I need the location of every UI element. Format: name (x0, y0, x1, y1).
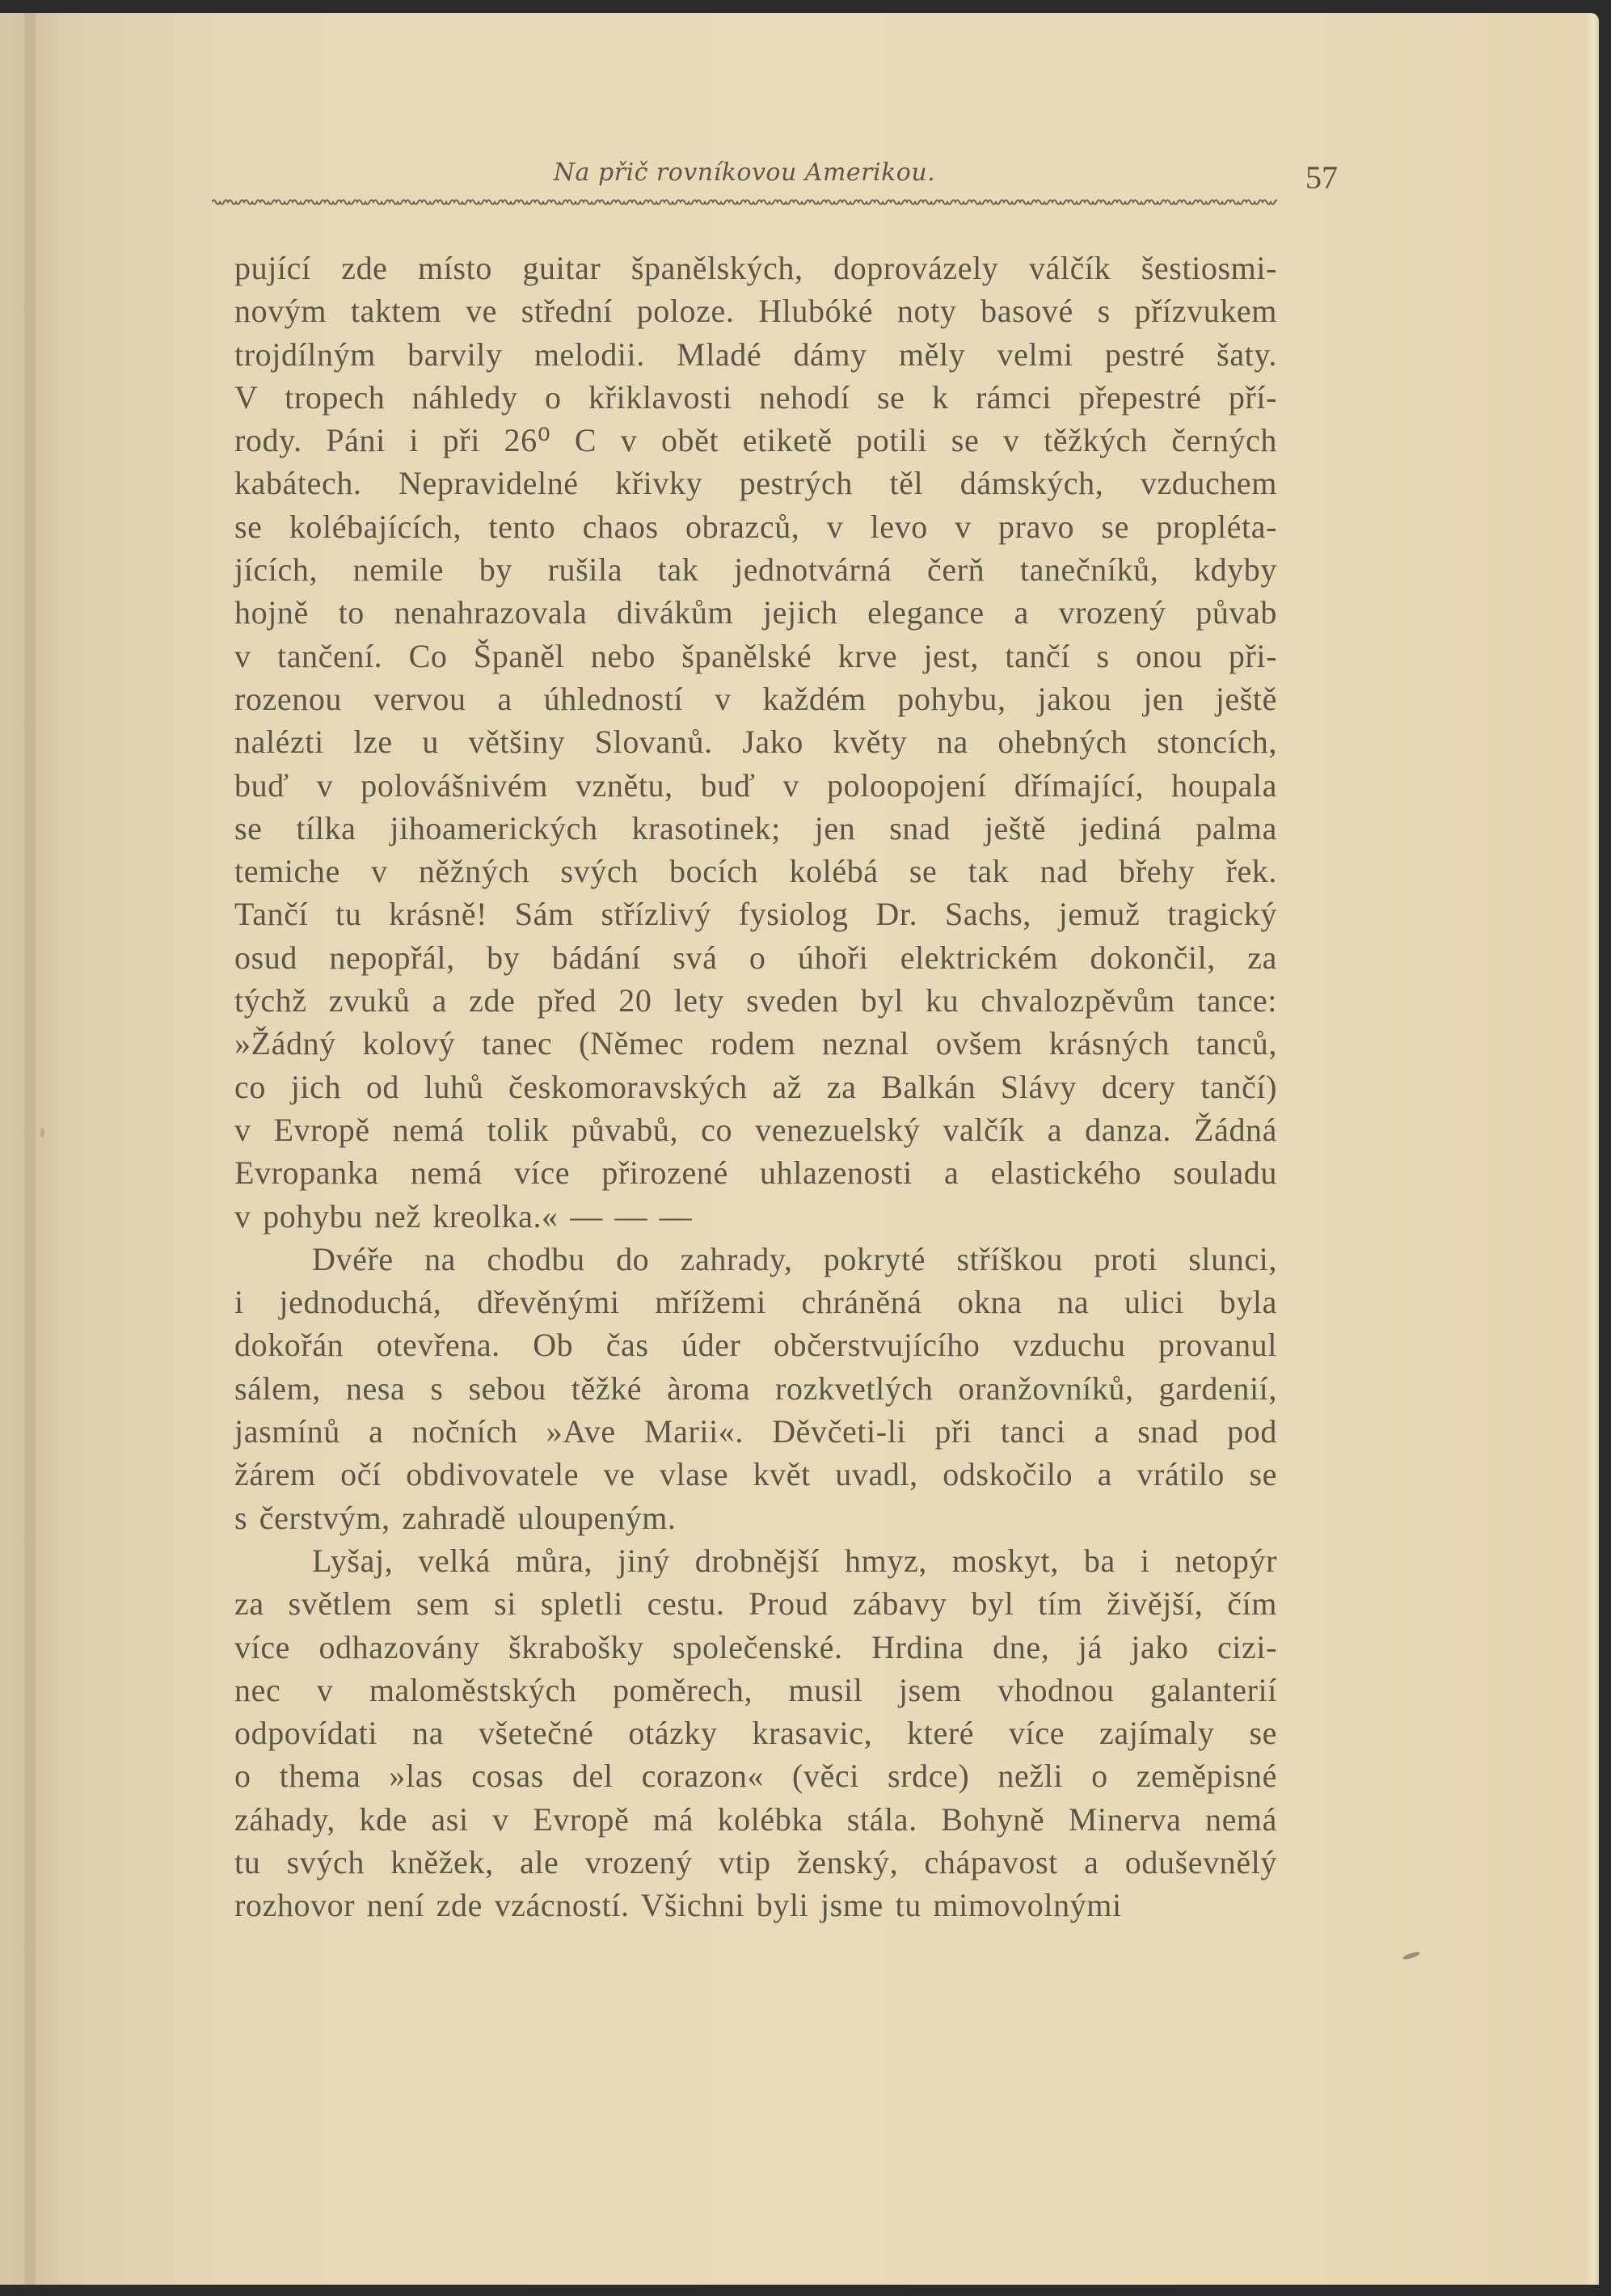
text-line: odpovídati na všetečné otázky krasavic, … (234, 1711, 1277, 1754)
text-line: co jich od luhů českomoravských až za Ba… (234, 1066, 1277, 1108)
text-line: rozenou vervou a úhledností v každém poh… (234, 677, 1277, 720)
text-line: tu svých kněžek, ale vrozený vtip ženský… (234, 1841, 1277, 1884)
text-line: jících, nemile by rušila tak jednotvárná… (234, 548, 1277, 591)
text-line: rody. Páni i při 26⁰ C v obět etiketě po… (234, 419, 1277, 462)
text-line: záhady, kde asi v Evropě má kolébka stál… (234, 1798, 1277, 1841)
text-line: i jednoduchá, dřevěnými mřížemi chráněná… (234, 1281, 1277, 1323)
text-line: nalézti lze u většiny Slovanů. Jako květ… (234, 720, 1277, 763)
text-line: V tropech náhledy o křiklavosti nehodí s… (234, 376, 1277, 419)
text-line: v pohybu než kreolka.« — — — (234, 1195, 1277, 1238)
text-line: Evropanka nemá více přirozené uhlazenost… (234, 1151, 1277, 1194)
text-line: Lyšaj, velká můra, jiný drobnější hmyz, … (234, 1539, 1277, 1582)
text-line: v Evropě nemá tolik půvabů, co venezuels… (234, 1108, 1277, 1151)
scan-speck (40, 1128, 44, 1137)
wavy-rule-divider (212, 196, 1277, 208)
text-line: buď v polovášnivém vznětu, buď v poloopo… (234, 764, 1277, 807)
scan-bottom-border (0, 2285, 1611, 2296)
text-line: sálem, nesa s sebou těžké àroma rozkvetl… (234, 1367, 1277, 1410)
text-line: novým taktem ve střední poloze. Hlubóké … (234, 289, 1277, 332)
text-line: hojně to nenahrazovala divákům jejich el… (234, 591, 1277, 634)
text-line: dokořán otevřena. Ob čas úder občerstvuj… (234, 1323, 1277, 1366)
text-line: žárem očí obdivovatele ve vlase květ uva… (234, 1453, 1277, 1496)
text-line: osud nepopřál, by bádání svá o úhoři ele… (234, 936, 1277, 979)
text-line: Tančí tu krásně! Sám střízlivý fysiolog … (234, 893, 1277, 935)
text-line: o thema »las cosas del corazon« (věci sr… (234, 1754, 1277, 1797)
text-line: se tílka jihoamerických krasotinek; jen … (234, 807, 1277, 850)
running-head: Na přič rovníkovou Amerikou. (212, 158, 1277, 199)
text-line: s čerstvým, zahradě uloupeným. (234, 1496, 1277, 1539)
text-line: trojdílným barvily melodii. Mladé dámy m… (234, 333, 1277, 376)
text-line: temiche v něžných svých bocích kolébá se… (234, 850, 1277, 893)
text-line: nec v maloměstských poměrech, musil jsem… (234, 1669, 1277, 1711)
paragraph: Dvéře na chodbu do zahrady, pokryté stří… (234, 1238, 1277, 1539)
text-line: týchž zvuků a zde před 20 lety sveden by… (234, 979, 1277, 1022)
text-line: v tančení. Co Španěl nebo španělské krve… (234, 635, 1277, 677)
paragraph: pující zde místo guitar španělských, dop… (234, 247, 1277, 1238)
text-line: jasmínů a nočních »Ave Marii«. Děvčeti-l… (234, 1410, 1277, 1453)
text-line: více odhazovány škrabošky společenské. H… (234, 1626, 1277, 1669)
body-text: pující zde místo guitar španělských, dop… (234, 247, 1277, 1927)
text-line: za světlem sem si spletli cestu. Proud z… (234, 1582, 1277, 1625)
text-line: se kolébajících, tento chaos obrazců, v … (234, 505, 1277, 548)
text-line: kabátech. Nepravidelné křivky pestrých t… (234, 462, 1277, 504)
text-line: pující zde místo guitar španělských, dop… (234, 247, 1277, 289)
page-gutter-shadow (24, 13, 36, 2285)
text-line: Dvéře na chodbu do zahrady, pokryté stří… (234, 1238, 1277, 1281)
text-line: rozhovor není zde vzácností. Všichni byl… (234, 1884, 1277, 1927)
text-line: »Žádný kolový tanec (Němec rodem neznal … (234, 1022, 1277, 1065)
running-title: Na přič rovníkovou Amerikou. (212, 158, 1277, 187)
page-number: 57 (1305, 158, 1338, 196)
paragraph: Lyšaj, velká můra, jiný drobnější hmyz, … (234, 1539, 1277, 1927)
